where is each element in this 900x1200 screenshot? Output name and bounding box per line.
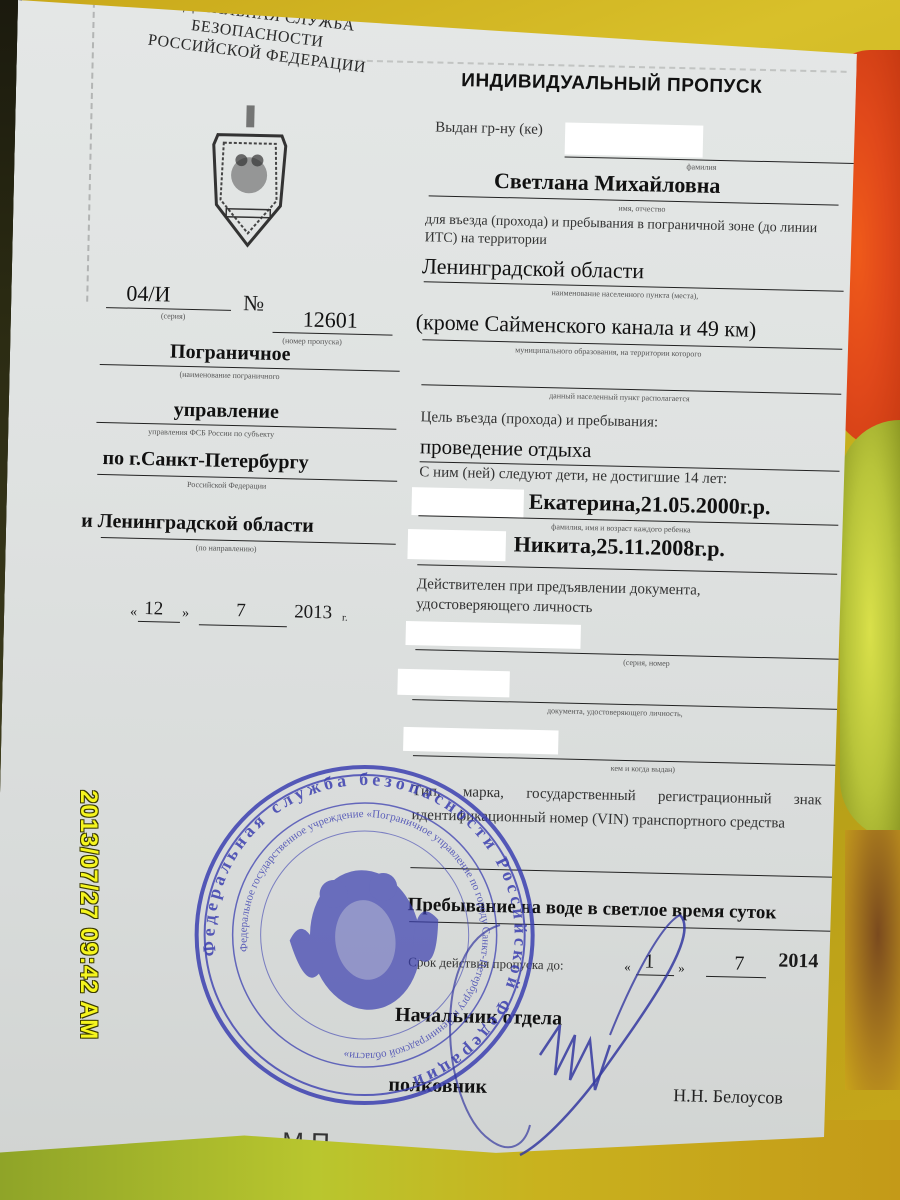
camera-timestamp: 2013/07/27 09:42 AM [62,790,102,1150]
number-sign: № [243,290,265,316]
series-value: 04/И [126,281,171,308]
exception-caption: муниципального образования, на территори… [515,345,701,358]
valid-until-year: 2014 [778,950,819,974]
name-caption: имя, отчество [618,204,665,214]
child-1: Екатерина,21.05.2000г.р. [528,489,770,520]
valid-until-month: 7 [734,953,745,976]
background-green-object [840,420,900,840]
purpose-label: Цель въезда (прохода) и пребывания: [420,409,658,431]
exception-value: (кроме Сайменского канала и 49 км) [415,309,756,343]
territory-caption: наименование населенного пункта (места), [551,288,698,300]
pass-number-underline [273,332,393,336]
background-brown-object [845,830,900,1090]
issuer-caption-2: управления ФСБ России по субъекту [148,427,274,439]
redacted-surname [565,122,704,157]
issuer-line-2: управление [173,399,279,424]
surname-caption: фамилия [686,162,716,172]
issuer-line-4: и Ленинградской области [81,510,314,538]
redacted-child-surname-1 [411,487,524,518]
issued-to-label: Выдан гр-ну (ке) [435,120,543,139]
doc-caption-2: документа, удостоверяющего личность, [547,706,683,718]
issue-month: 7 [236,600,246,622]
redacted-doc-type [397,669,510,698]
locality-caption: данный населенный пункт располагается [549,391,690,403]
purpose-intro: для въезда (прохода) и пребывания в погр… [424,211,825,256]
issuer-caption-4: (по направлению) [196,543,257,553]
pass-number-value: 12601 [303,307,359,334]
fsb-shield-emblem-icon [207,104,290,251]
redacted-doc-series [405,621,580,649]
territory-value: Ленинградской области [422,253,645,284]
doc-caption-1: (серия, номер [623,658,670,668]
perforation-left [86,2,95,302]
valid-with-label: Действителен при предъявлении документа,… [416,574,817,623]
issuer-line-1: Пограничное [170,341,291,367]
perforation-top [347,59,847,72]
doc-caption-3: кем и когда выдан) [611,764,675,774]
issuer-line-3: по г.Санкт-Петербургу [102,447,309,475]
issuer-caption-1: (наименование пограничного [179,370,279,381]
series-underline [106,307,231,311]
child-2-underline [417,564,837,575]
issuer-caption-3: Российской Федерации [187,480,266,491]
purpose-value: проведение отдыха [420,434,592,463]
name-patronymic: Светлана Михайловна [494,168,721,199]
issue-year: 2013 [294,601,332,624]
child-2: Никита,25.11.2008г.р. [513,531,725,562]
signature-icon [430,905,730,1165]
issue-day: 12 [144,598,163,620]
redacted-child-surname-2 [407,529,506,561]
series-caption: (серия) [161,311,186,321]
pass-title: ИНДИВИДУАЛЬНЫЙ ПРОПУСК [461,70,762,99]
